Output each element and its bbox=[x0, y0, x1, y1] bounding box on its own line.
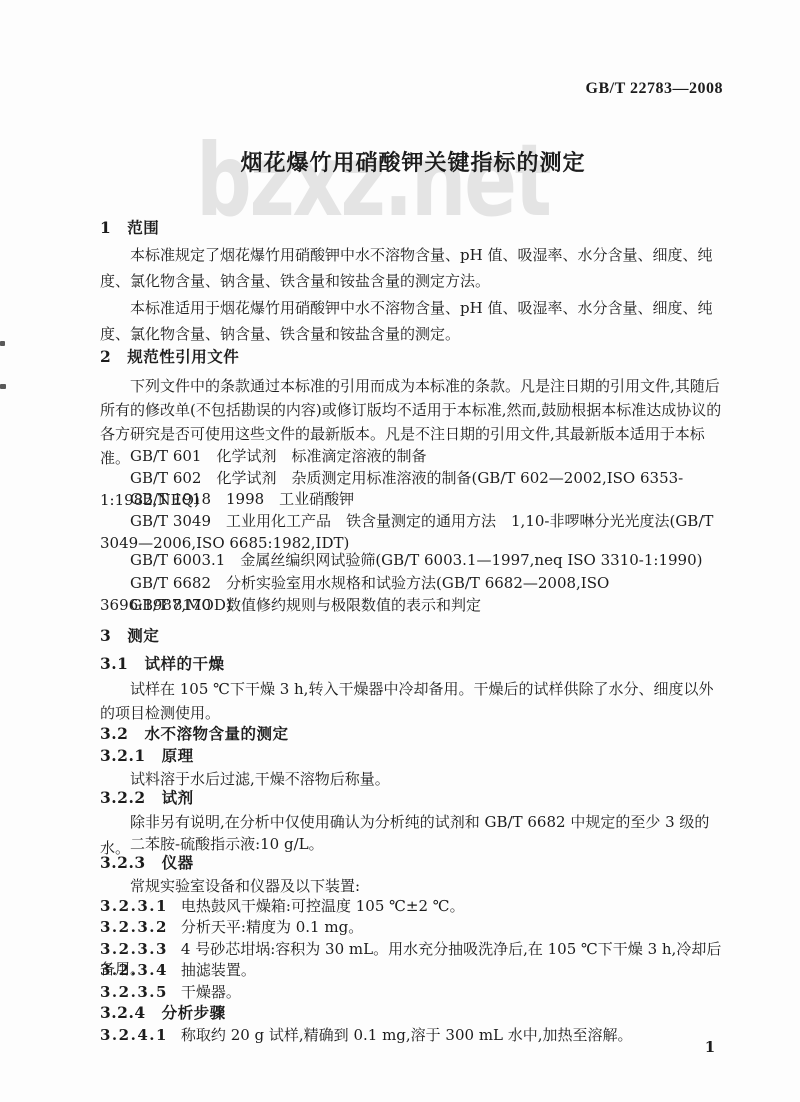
clause-number: 3.2.3.2 bbox=[100, 918, 168, 936]
clause-3-1-paragraph: 试样在 105 ℃下干燥 3 h,转入干燥器中冷却备用。干燥后的试样供除了水分、… bbox=[100, 677, 726, 725]
reference-gbt-3049: GB/T 3049 工业用化工产品 铁含量测定的通用方法 1,10-非啰啉分光光… bbox=[100, 510, 726, 554]
clause-text: 干燥器。 bbox=[181, 983, 241, 1001]
reference-gbt-6003-1: GB/T 6003.1 金属丝编织网试验筛(GB/T 6003.1—1997,n… bbox=[100, 549, 726, 571]
document-page: GB/T 22783—2008 bzxz.net 烟花爆竹用硝酸钾关键指标的测定… bbox=[0, 0, 800, 1102]
clause-item-3-2-3-5: 3.2.3.5干燥器。 bbox=[100, 982, 726, 1002]
clause-3-2-heading: 3.2 水不溶物含量的测定 bbox=[100, 724, 726, 744]
clause-text: 电热鼓风干燥箱:可控温度 105 ℃±2 ℃。 bbox=[181, 897, 465, 915]
clause-number: 3.2.3.3 bbox=[100, 940, 168, 958]
reference-gbt-1918: GB/T 1918 1998 工业硝酸钾 bbox=[100, 488, 726, 510]
clause-number: 3.2.3.5 bbox=[100, 983, 168, 1001]
section-2-heading: 2 规范性引用文件 bbox=[100, 347, 726, 367]
page-number: 1 bbox=[700, 1038, 720, 1056]
clause-text: 分析天平:精度为 0.1 mg。 bbox=[181, 918, 363, 936]
reference-gbt-601: GB/T 601 化学试剂 标准滴定溶液的制备 bbox=[100, 445, 726, 467]
scope-paragraph-2: 本标准适用于烟花爆竹用硝酸钾中水不溶物含量、pH 值、吸湿率、水分含量、细度、纯… bbox=[100, 295, 726, 347]
scan-artifact bbox=[0, 384, 6, 389]
clause-number: 3.2.4.1 bbox=[100, 1026, 168, 1044]
clause-item-3-2-3-1: 3.2.3.1电热鼓风干燥箱:可控温度 105 ℃±2 ℃。 bbox=[100, 896, 726, 916]
clause-text: 称取约 20 g 试样,精确到 0.1 mg,溶于 300 mL 水中,加热至溶… bbox=[181, 1026, 633, 1044]
scope-paragraph-1: 本标准规定了烟花爆竹用硝酸钾中水不溶物含量、pH 值、吸湿率、水分含量、细度、纯… bbox=[100, 242, 726, 294]
reference-gbt-8170: GB/T 8170 数值修约规则与极限数值的表示和判定 bbox=[100, 594, 726, 616]
standard-code: GB/T 22783—2008 bbox=[586, 80, 723, 98]
section-1-heading: 1 范围 bbox=[100, 218, 726, 238]
clause-3-2-1-heading: 3.2.1 原理 bbox=[100, 746, 726, 766]
clause-number: 3.2.3.4 bbox=[100, 961, 168, 979]
clause-item-3-2-3-2: 3.2.3.2分析天平:精度为 0.1 mg。 bbox=[100, 917, 726, 937]
section-3-heading: 3 测定 bbox=[100, 626, 726, 646]
clause-item-3-2-4-1: 3.2.4.1称取约 20 g 试样,精确到 0.1 mg,溶于 300 mL … bbox=[100, 1025, 726, 1045]
clause-number: 3.2.3.1 bbox=[100, 897, 168, 915]
clause-3-2-4-heading: 3.2.4 分析步骤 bbox=[100, 1003, 726, 1023]
clause-3-2-2-heading: 3.2.2 试剂 bbox=[100, 788, 726, 808]
clause-text: 抽滤装置。 bbox=[181, 961, 256, 979]
scan-artifact bbox=[0, 341, 5, 346]
clause-3-1-heading: 3.1 试样的干燥 bbox=[100, 654, 726, 674]
document-body: 1 范围 本标准规定了烟花爆竹用硝酸钾中水不溶物含量、pH 值、吸湿率、水分含量… bbox=[100, 0, 726, 1102]
clause-item-3-2-3-4: 3.2.3.4抽滤装置。 bbox=[100, 960, 726, 980]
clause-3-2-3-heading: 3.2.3 仪器 bbox=[100, 853, 726, 873]
